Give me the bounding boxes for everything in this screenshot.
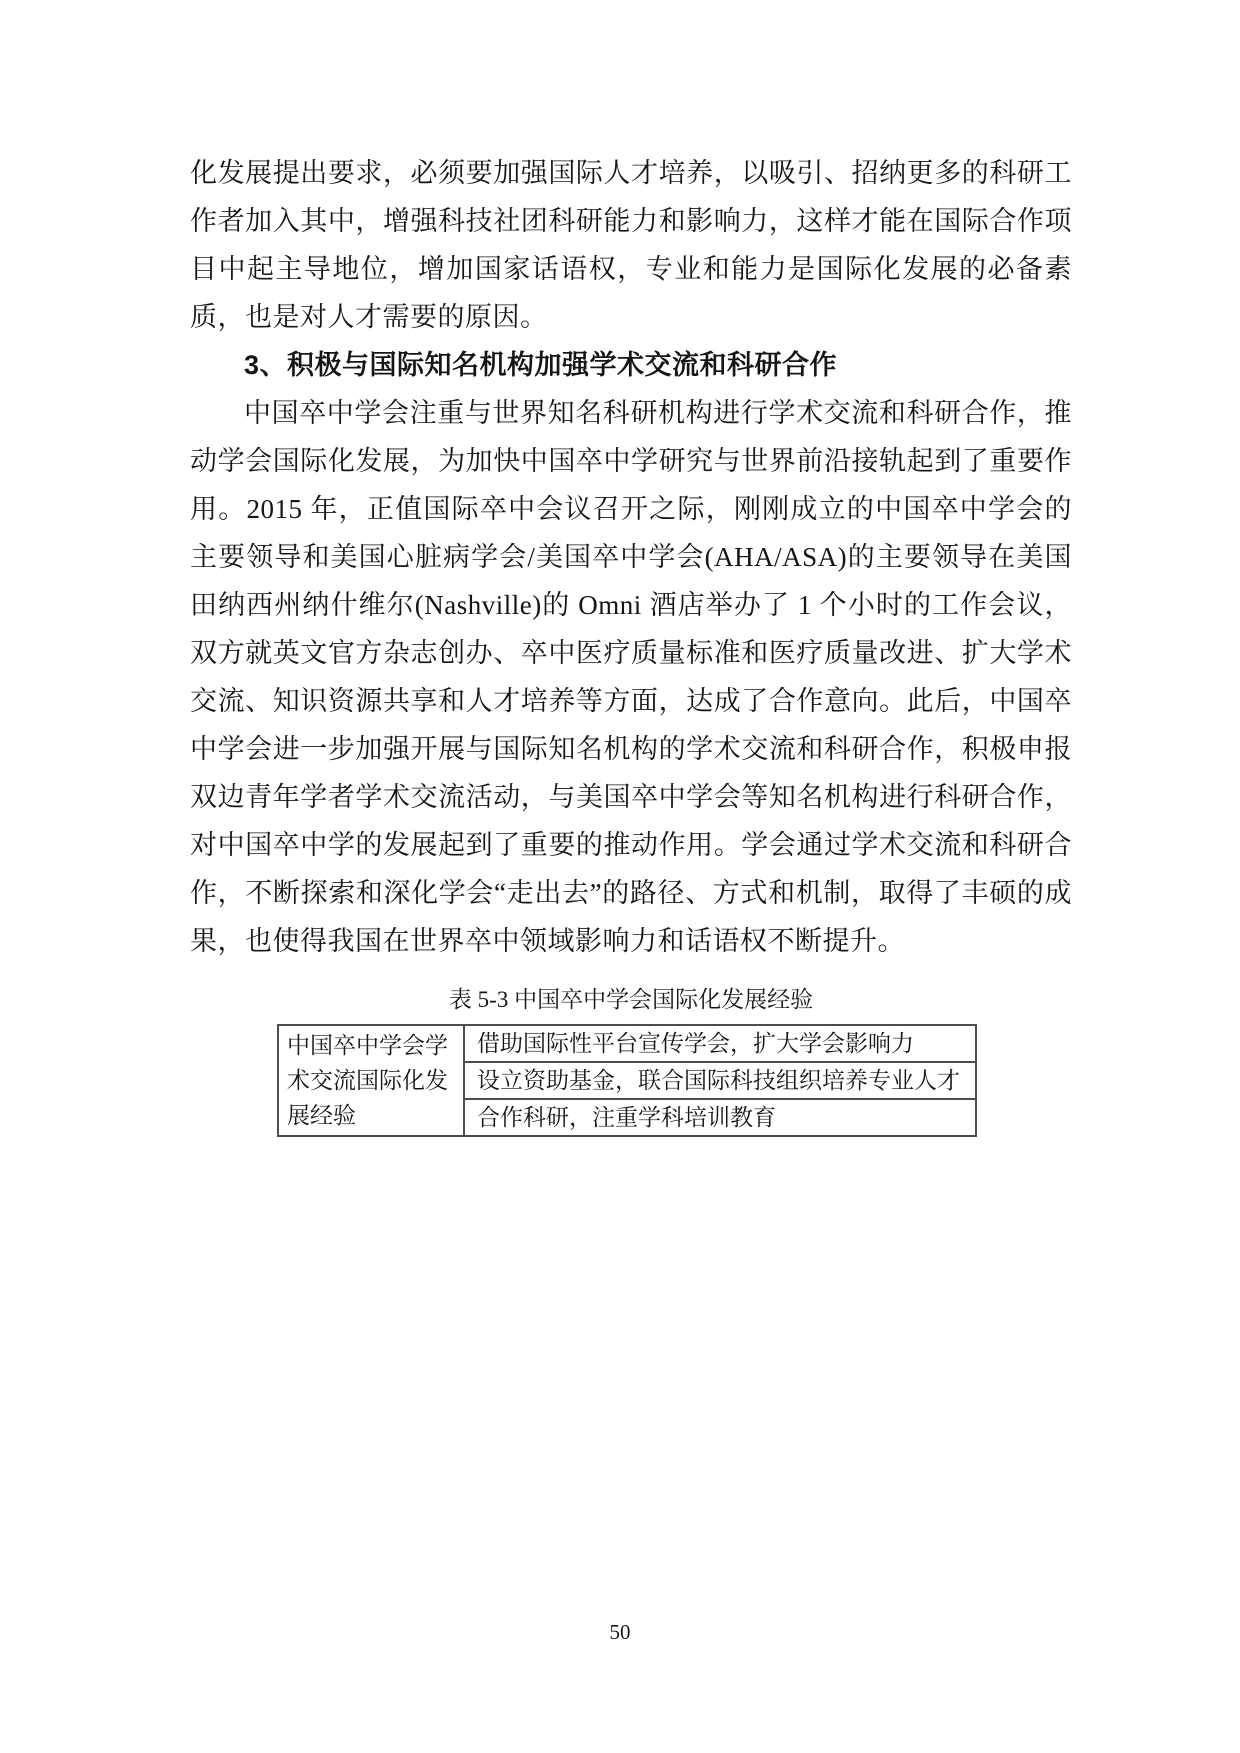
table-cell-experience-1: 借助国际性平台宣传学会，扩大学会影响力 bbox=[464, 1025, 976, 1062]
experience-table: 中国卒中学会学术交流国际化发展经验 借助国际性平台宣传学会，扩大学会影响力 设立… bbox=[277, 1024, 977, 1137]
paragraph-continuation: 化发展提出要求，必须要加强国际人才培养，以吸引、招纳更多的科研工作者加入其中，增… bbox=[190, 149, 1072, 341]
table-header-cell: 中国卒中学会学术交流国际化发展经验 bbox=[278, 1025, 464, 1136]
table-row: 中国卒中学会学术交流国际化发展经验 借助国际性平台宣传学会，扩大学会影响力 bbox=[278, 1025, 976, 1062]
section-heading: 3、积极与国际知名机构加强学术交流和科研合作 bbox=[190, 341, 1072, 389]
table-cell-experience-2: 设立资助基金，联合国际科技组织培养专业人才 bbox=[464, 1062, 976, 1099]
text-column: 化发展提出要求，必须要加强国际人才培养，以吸引、招纳更多的科研工作者加入其中，增… bbox=[190, 149, 1072, 1137]
paragraph-main: 中国卒中学会注重与世界知名科研机构进行学术交流和科研合作，推动学会国际化发展，为… bbox=[190, 389, 1072, 965]
document-page: 化发展提出要求，必须要加强国际人才培养，以吸引、招纳更多的科研工作者加入其中，增… bbox=[0, 0, 1240, 1753]
table-caption: 表 5-3 中国卒中学会国际化发展经验 bbox=[190, 985, 1072, 1015]
page-number: 50 bbox=[0, 1618, 1240, 1646]
table-cell-experience-3: 合作科研，注重学科培训教育 bbox=[464, 1099, 976, 1136]
